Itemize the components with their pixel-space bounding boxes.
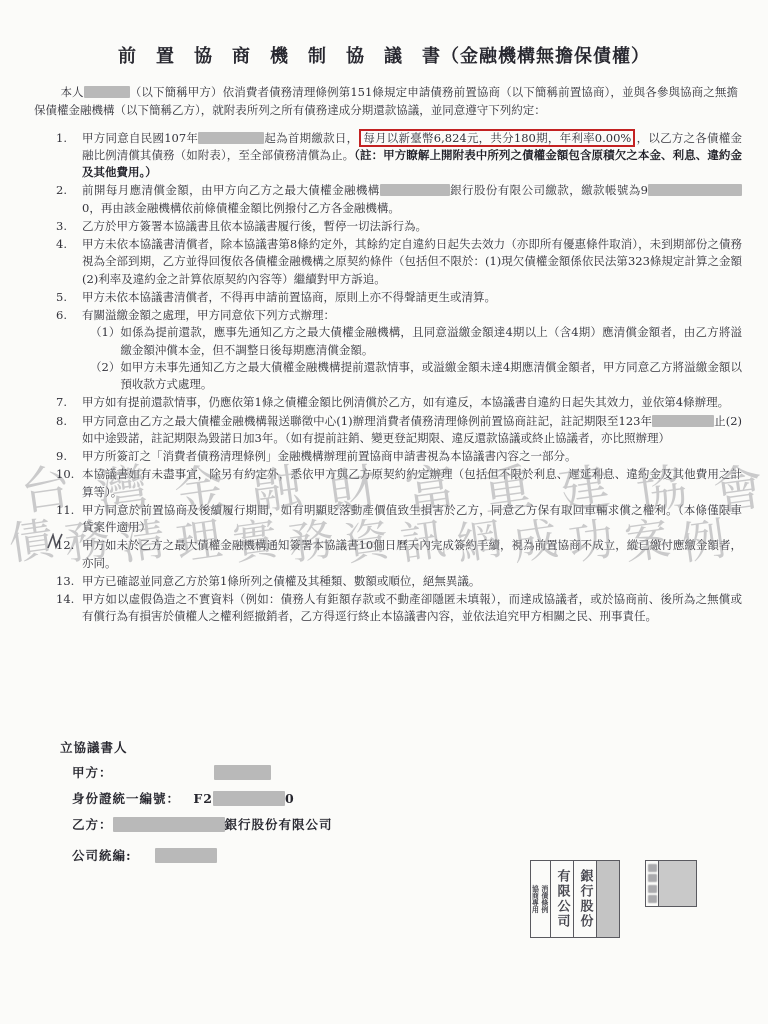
- clause-number: 14.: [56, 591, 82, 626]
- clause-body: 本協議書如有未盡事宜，除另有約定外，悉依甲方與乙方原契約約定辦理（包括但不限於利…: [82, 466, 742, 501]
- clause-item: 4.甲方未依本協議書清償者，除本協議書第8條約定外，其餘約定自違約日起失去效力（…: [56, 236, 742, 288]
- clause-text: 起為首期繳款日，: [264, 131, 358, 145]
- clause-number: 11.: [56, 502, 82, 537]
- clause-number: 6.: [56, 307, 82, 393]
- clause-text: 本人: [60, 85, 83, 99]
- party-b-row: 乙方：銀行股份有限公司: [72, 815, 768, 832]
- clause-body: 有關溢繳金額之處理，甲方同意依下列方式辦理：（1）如係為提前還款，應事先通知乙方…: [82, 307, 742, 393]
- clause-number: 1.: [56, 130, 82, 182]
- party-a-name-redaction: [214, 765, 271, 780]
- id-number-label: 身份證統一編號：: [72, 791, 180, 806]
- bank-stamp-purpose-right: 消債條例: [541, 861, 551, 937]
- clause-number: 13.: [56, 573, 82, 590]
- company-id-label: 公司統編:: [72, 848, 132, 863]
- intro-paragraph: 本人（以下簡稱甲方）依消費者債務清理條例第151條規定申請債務前置協商（以下簡稱…: [34, 84, 738, 120]
- clause-text: 本協議書如有未盡事宜，除另有約定外，悉依甲方與乙方原契約約定辦理（包括但不限於利…: [82, 467, 742, 498]
- party-a-row: 甲方：: [72, 763, 768, 780]
- clause-item: 12.甲方如未於乙方之最大債權金融機構通知簽署本協議書10個日曆天內完成簽約手續…: [56, 537, 742, 572]
- party-b-name-redaction: [113, 817, 225, 832]
- clause-sub-text: 如甲方未事先通知乙方之最大債權金融機構提前還款情事，或溢繳金額未達4期應清償金額…: [120, 359, 742, 394]
- clause-text: 甲方如有提前還款情事，仍應依第1條之債權金額比例清償於乙方，如有違反，本協議書自…: [82, 395, 729, 409]
- party-b-label: 乙方：: [72, 817, 113, 832]
- clause-sub-item: （2）如甲方未事先通知乙方之最大債權金融機構提前還款情事，或溢繳金額未達4期應清…: [90, 359, 742, 394]
- clause-body: 甲方未依本協議書清償者，除本協議書第8條約定外，其餘約定自違約日起失去效力（亦即…: [82, 236, 742, 288]
- clause-body: 甲方如有提前還款情事，仍應依第1條之債權金額比例清償於乙方，如有違反，本協議書自…: [82, 394, 742, 411]
- party-b-suffix: 銀行股份有限公司: [225, 817, 333, 832]
- id-number-prefix: F2: [193, 791, 213, 806]
- clause-body: 乙方於甲方簽署本協議書且依本協議書履行後，暫停一切法訴行為。: [82, 218, 742, 235]
- clause-text: 前開每月應清償金額，由甲方向乙方之最大債權金融機構: [82, 183, 380, 197]
- redaction-box: [84, 86, 130, 98]
- clause-text: （以下簡稱甲方）依消費者債務清理條例第151條規定申請債務前置協商（以下簡稱前置…: [34, 85, 738, 117]
- seal-stamp: [645, 860, 697, 907]
- bank-stamp-col-company: 有限公司: [551, 861, 574, 937]
- bank-stamp-name-redaction: [597, 861, 619, 937]
- clause-item: 14.甲方如以虛假偽造之不實資料（例如：債務人有鉅額存款或不動產卻隱匿未填報），…: [56, 591, 742, 626]
- clause-sub-text: 如係為提前還款，應事先通知乙方之最大債權金融機構，且同意溢繳金額達4期以上（含4…: [120, 324, 742, 359]
- clause-text: 有關溢繳金額之處理，甲方同意依下列方式辦理：: [82, 308, 335, 322]
- clause-body: 甲方已確認並同意乙方於第1條所列之債權及其種類、數額或順位，絕無異議。: [82, 573, 742, 590]
- highlight-box: 每月以新臺幣6,824元，共分180期，年利率0.00%: [359, 129, 635, 147]
- redaction-box: [380, 184, 450, 196]
- document-page: 台灣金融財富重建協會 債務清理實務資訊網成功案例 前 置 協 商 機 制 協 議…: [0, 0, 768, 1024]
- clause-item: 7.甲方如有提前還款情事，仍應依第1條之債權金額比例清償於乙方，如有違反，本協議…: [56, 394, 742, 411]
- clause-item: 11.甲方同意於前置協商及後續履行期間，如有明顯貶落動產價值致生損害於乙方，同意…: [56, 502, 742, 537]
- clause-number: 5.: [56, 289, 82, 306]
- signature-block: 立協議書人 甲方： 身份證統一編號： F20 乙方：銀行股份有限公司 公司統編:: [60, 738, 768, 863]
- clause-number: 7.: [56, 394, 82, 411]
- clause-body: 甲方同意於前置協商及後續履行期間，如有明顯貶落動產價值致生損害於乙方，同意乙方保…: [82, 502, 742, 537]
- clause-item: 1.甲方同意自民國107年起為首期繳款日，每月以新臺幣6,824元，共分180期…: [56, 130, 742, 182]
- redaction-box: [648, 184, 742, 196]
- clause-text: 乙方於甲方簽署本協議書且依本協議書履行後，暫停一切法訴行為。: [82, 219, 427, 233]
- clause-text: 甲方同意自民國107年: [82, 131, 198, 145]
- bank-stamp-purpose-column: 協商專用 消債條例: [531, 861, 551, 937]
- clause-item: 10.本協議書如有未盡事宜，除另有約定外，悉依甲方與乙方原契約約定辦理（包括但不…: [56, 466, 742, 501]
- seal-stamp-redaction: [659, 861, 696, 906]
- clause-text: 甲方同意由乙方之最大債權金融機構報送聯徵中心(1)辦理消費者債務清理條例前置協商…: [82, 414, 652, 428]
- clause-body: 甲方同意自民國107年起為首期繳款日，每月以新臺幣6,824元，共分180期，年…: [82, 130, 742, 182]
- clause-text: 甲方如以虛假偽造之不實資料（例如：債務人有鉅額存款或不動產卻隱匿未填報），而達成…: [82, 592, 742, 623]
- clause-body: 甲方同意由乙方之最大債權金融機構報送聯徵中心(1)辦理消費者債務清理條例前置協商…: [82, 413, 742, 448]
- company-id-redaction: [155, 848, 217, 863]
- clause-number: 2.: [56, 182, 82, 217]
- clause-number: 4.: [56, 236, 82, 288]
- clause-item: 13.甲方已確認並同意乙方於第1條所列之債權及其種類、數額或順位，絕無異議。: [56, 573, 742, 590]
- id-number-redaction: [213, 791, 285, 806]
- clause-number: 10.: [56, 466, 82, 501]
- signature-heading: 立協議書人: [60, 738, 768, 756]
- clause-number: 9.: [56, 448, 82, 465]
- clause-body: 甲方如未於乙方之最大債權金融機構通知簽署本協議書10個日曆天內完成簽約手續，視為…: [82, 537, 742, 572]
- illegible-seal-text: [646, 861, 659, 906]
- clause-text: 甲方未依本協議書清償者，除本協議書第8條約定外，其餘約定自違約日起失去效力（亦即…: [82, 237, 742, 286]
- clause-body: 甲方未依本協議書清償者，不得再申請前置協商，原則上亦不得聲請更生或清算。: [82, 289, 742, 306]
- clause-text: 0，再由該金融機構依前條債權金額比例撥付乙方各金融機構。: [82, 201, 400, 215]
- clause-sub-label: （1）: [90, 324, 120, 359]
- clause-number: 3.: [56, 218, 82, 235]
- clause-text: 甲方同意於前置協商及後續履行期間，如有明顯貶落動產價值致生損害於乙方，同意乙方保…: [82, 503, 742, 534]
- bank-stamp-purpose-left: 協商專用: [531, 861, 541, 937]
- clause-body: 前開每月應清償金額，由甲方向乙方之最大債權金融機構銀行股份有限公司繳款，繳款帳號…: [82, 182, 742, 217]
- party-a-label: 甲方：: [72, 765, 113, 780]
- document-title: 前 置 協 商 機 制 協 議 書（金融機構無擔保債權）: [0, 0, 768, 68]
- clause-item: 9.甲方所簽訂之「消費者債務清理條例」金融機構辦理前置協商申請書視為本協議書內容…: [56, 448, 742, 465]
- id-number-row: 身份證統一編號： F20: [72, 789, 768, 806]
- bank-stamp-col-bank: 銀行股份: [574, 861, 597, 937]
- id-number-suffix: 0: [285, 791, 295, 806]
- clause-text: 甲方未依本協議書清償者，不得再申請前置協商，原則上亦不得聲請更生或清算。: [82, 290, 496, 304]
- clause-body: 甲方如以虛假偽造之不實資料（例如：債務人有鉅額存款或不動產卻隱匿未填報），而達成…: [82, 591, 742, 626]
- clause-text: 銀行股份有限公司繳款，繳款帳號為9: [450, 183, 648, 197]
- clause-item: 3.乙方於甲方簽署本協議書且依本協議書履行後，暫停一切法訴行為。: [56, 218, 742, 235]
- clause-body: 甲方所簽訂之「消費者債務清理條例」金融機構辦理前置協商申請書視為本協議書內容之一…: [82, 448, 742, 465]
- redaction-box: [652, 415, 714, 427]
- clause-text: 甲方所簽訂之「消費者債務清理條例」金融機構辦理前置協商申請書視為本協議書內容之一…: [82, 449, 577, 463]
- clause-text: 甲方已確認並同意乙方於第1條所列之債權及其種類、數額或順位，絕無異議。: [82, 574, 480, 588]
- clause-item: 5.甲方未依本協議書清償者，不得再申請前置協商，原則上亦不得聲請更生或清算。: [56, 289, 742, 306]
- bank-stamp: 協商專用 消債條例 有限公司 銀行股份: [530, 860, 620, 938]
- clause-number: 8.: [56, 413, 82, 448]
- clause-item: 8.甲方同意由乙方之最大債權金融機構報送聯徵中心(1)辦理消費者債務清理條例前置…: [56, 413, 742, 448]
- clause-item: 6.有關溢繳金額之處理，甲方同意依下列方式辦理：（1）如係為提前還款，應事先通知…: [56, 307, 742, 393]
- clause-sub-item: （1）如係為提前還款，應事先通知乙方之最大債權金融機構，且同意溢繳金額達4期以上…: [90, 324, 742, 359]
- clauses-list: 1.甲方同意自民國107年起為首期繳款日，每月以新臺幣6,824元，共分180期…: [56, 130, 742, 626]
- clause-sub-label: （2）: [90, 359, 120, 394]
- clause-number: 12.: [56, 537, 82, 572]
- clause-text: 甲方如未於乙方之最大債權金融機構通知簽署本協議書10個日曆天內完成簽約手續，視為…: [82, 538, 742, 569]
- clause-item: 2.前開每月應清償金額，由甲方向乙方之最大債權金融機構銀行股份有限公司繳款，繳款…: [56, 182, 742, 217]
- redaction-box: [198, 132, 264, 144]
